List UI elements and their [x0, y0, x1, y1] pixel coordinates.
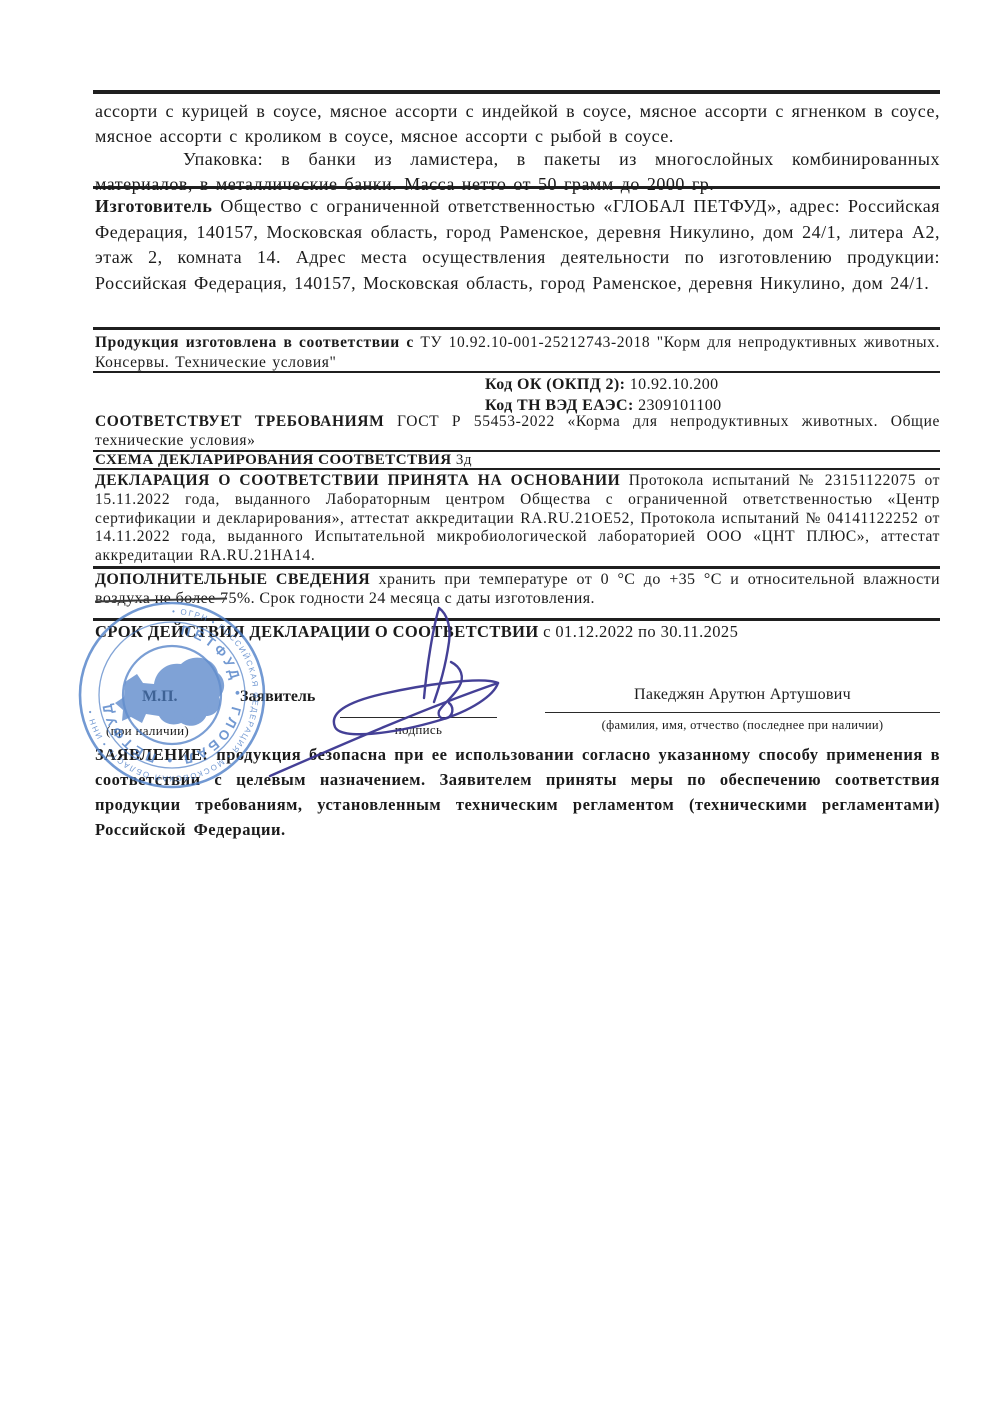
- manufacturer-text: Общество с ограниченной ответственностью…: [95, 196, 940, 293]
- signature-hairpin-stroke: [424, 608, 450, 702]
- rule-top: [93, 90, 940, 94]
- validity-value: с 01.12.2022 по 30.11.2025: [543, 622, 738, 641]
- rule-after-manufacturer: [93, 327, 940, 330]
- scanned-declaration-page: ассорти с курицей в соусе, мясное ассорт…: [0, 0, 1000, 1415]
- codes-block: Код ОК (ОКПД 2): 10.92.10.200 Код ТН ВЭД…: [485, 375, 940, 416]
- fio-line: [545, 712, 940, 713]
- signature-sweep-stroke: [270, 683, 498, 776]
- packaging-paragraph: Упаковка: в банки из ламистера, в пакеты…: [95, 147, 940, 197]
- packaging-text: Упаковка: в банки из ламистера, в пакеты…: [95, 149, 940, 194]
- applicant-fio: Пакеджян Арутюн Артушович: [545, 686, 940, 704]
- fio-caption: (фамилия, имя, отчество (последнее при н…: [545, 718, 940, 733]
- continuation-text: ассорти с курицей в соусе, мясное ассорт…: [95, 101, 940, 146]
- code-tnved-label: Код ТН ВЭД ЕАЭС:: [485, 397, 634, 414]
- basis-label: ДЕКЛАРАЦИЯ О СООТВЕТСТВИИ ПРИНЯТА НА ОСН…: [95, 472, 620, 489]
- code-okpd-row: Код ОК (ОКПД 2): 10.92.10.200: [485, 375, 940, 396]
- signature-small-loop: [439, 662, 462, 719]
- scheme-value: 3д: [456, 452, 472, 468]
- manufacturer-label: Изготовитель: [95, 196, 212, 216]
- scheme-label: СХЕМА ДЕКЛАРИРОВАНИЯ СООТВЕТСТВИЯ: [95, 452, 452, 468]
- code-tnved-value: 2309101100: [638, 397, 721, 414]
- code-okpd-label: Код ОК (ОКПД 2):: [485, 376, 625, 393]
- handwritten-signature: [230, 580, 560, 790]
- rule-before-additional: [93, 566, 940, 569]
- code-okpd-value: 10.92.10.200: [630, 376, 719, 393]
- gost-label: СООТВЕТСТВУЕТ ТРЕБОВАНИЯМ: [95, 413, 384, 430]
- tu-label: Продукция изготовлена в соответствии с: [95, 334, 414, 351]
- manufacturer-paragraph: Изготовитель Общество с ограниченной отв…: [95, 194, 940, 296]
- scheme-row: СХЕМА ДЕКЛАРИРОВАНИЯ СООТВЕТСТВИЯ 3д: [95, 452, 940, 469]
- signature-ellipse-loop: [334, 681, 498, 735]
- gost-paragraph: СООТВЕТСТВУЕТ ТРЕБОВАНИЯМ ГОСТ Р 55453-2…: [95, 413, 940, 450]
- tu-paragraph: Продукция изготовлена в соответствии с Т…: [95, 333, 940, 373]
- product-list-continuation-paragraph: ассорти с курицей в соусе, мясное ассорт…: [95, 99, 940, 149]
- basis-paragraph: ДЕКЛАРАЦИЯ О СООТВЕТСТВИИ ПРИНЯТА НА ОСН…: [95, 472, 940, 566]
